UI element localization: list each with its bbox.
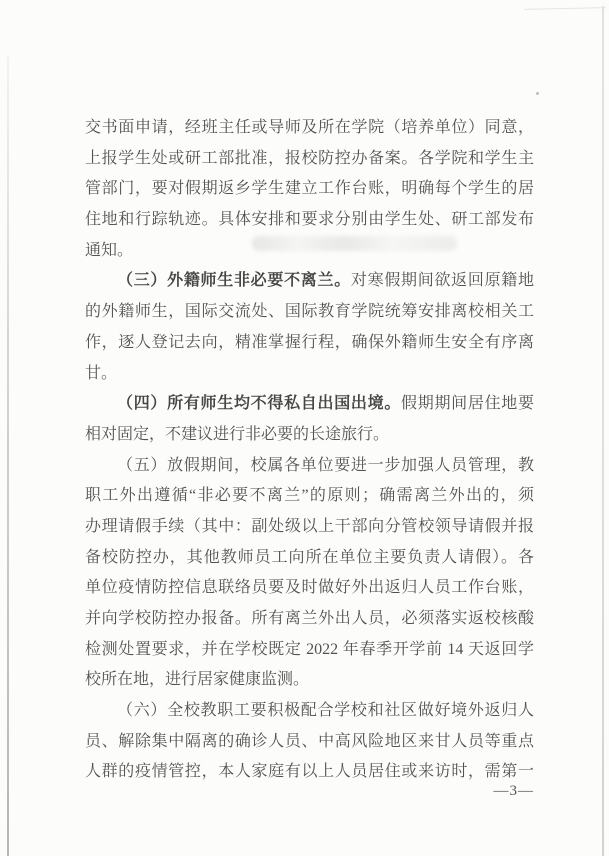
text-line: 交书面申请，经班主任或导师及所在学院（培养单位）同意， <box>85 113 534 144</box>
body-text-segment: 住地和行踪轨迹。具体安排和要求分别由学生处、研工部发布 <box>85 211 534 228</box>
text-line: 作，逐人登记去向，精准掌握行程，确保外籍师生安全有序离 <box>85 328 534 359</box>
body-text-segment: 校所在地，进行居家健康监测。 <box>85 671 309 688</box>
body-text-segment: （五）放假期间，校属各单位要进一步加强人员管理，教 <box>117 457 534 474</box>
text-line: 单位疫情防控信息联络员要及时做好外出返归人员工作台账， <box>85 573 534 604</box>
body-text-segment: 员、解除集中隔离的确诊人员、中高风险地区来甘人员等重点 <box>85 733 534 750</box>
paper-edge-right <box>602 6 604 856</box>
body-text-segment: 假期期间居住地要 <box>401 395 534 412</box>
body-text-segment: 相对固定，不建议进行非必要的长途旅行。 <box>85 426 389 443</box>
text-line: 甘。 <box>85 359 534 390</box>
body-text-segment: （六）全校教职工要积极配合学校和社区做好境外返归人 <box>117 702 534 719</box>
text-line: 校所在地，进行居家健康监测。 <box>85 665 534 696</box>
body-text-segment: 甘。 <box>85 365 117 382</box>
text-line: （六）全校教职工要积极配合学校和社区做好境外返归人 <box>85 696 534 727</box>
body-text-segment: 管部门，要对假期返乡学生建立工作台账，明确每个学生的居 <box>85 180 534 197</box>
body-text-segment: 办理请假手续（其中：副处级以上干部向分管校领导请假并报 <box>85 518 534 535</box>
body-text: 交书面申请，经班主任或导师及所在学院（培养单位）同意，上报学生处或研工部批准，报… <box>85 113 534 788</box>
text-line: 办理请假手续（其中：副处级以上干部向分管校领导请假并报 <box>85 512 534 543</box>
text-line: 管部门，要对假期返乡学生建立工作台账，明确每个学生的居 <box>85 174 534 205</box>
text-line: 员、解除集中隔离的确诊人员、中高风险地区来甘人员等重点 <box>85 727 534 758</box>
text-line: 备校防控办，其他教师员工向所在单位主要负责人请假）。各 <box>85 543 534 574</box>
emphasis-text: （四）所有师生均不得私自出国出境。 <box>117 395 401 412</box>
body-text-segment: 交书面申请，经班主任或导师及所在学院（培养单位）同意， <box>85 119 534 136</box>
page-number: —3— <box>85 783 534 800</box>
body-text-segment: 上报学生处或研工部批准，报校防控办备案。各学院和学生主 <box>85 150 534 167</box>
body-text-segment: 备校防控办，其他教师员工向所在单位主要负责人请假）。各 <box>85 549 534 566</box>
body-text-segment: 作，逐人登记去向，精准掌握行程，确保外籍师生安全有序离 <box>85 334 534 351</box>
text-line: 并向学校防控办报备。所有离兰外出人员，必须落实返校核酸 <box>85 604 534 635</box>
body-text-segment: 单位疫情防控信息联络员要及时做好外出返归人员工作台账， <box>85 579 534 596</box>
text-line: （三）外籍师生非必要不离兰。对寒假期间欲返回原籍地 <box>85 266 534 297</box>
text-line: 住地和行踪轨迹。具体安排和要求分别由学生处、研工部发布 <box>85 205 534 236</box>
scanned-document: { "page": { "paper_color": "#fcfcfb", "t… <box>0 0 609 856</box>
text-line: 检测处置要求，并在学校既定 2022 年春季开学前 14 天返回学 <box>85 635 534 666</box>
paper-edge-top <box>524 7 606 10</box>
text-line: 相对固定，不建议进行非必要的长途旅行。 <box>85 420 534 451</box>
body-text-segment: 人群的疫情管控，本人家庭有以上人员居住或来访时，需第一 <box>85 763 534 780</box>
text-line: （五）放假期间，校属各单位要进一步加强人员管理，教 <box>85 451 534 482</box>
scan-speck <box>536 92 539 95</box>
text-line: 上报学生处或研工部批准，报校防控办备案。各学院和学生主 <box>85 144 534 175</box>
body-text-segment: 的外籍师生，国际交流处、国际教育学院统筹安排离校相关工 <box>85 303 534 320</box>
text-line: （四）所有师生均不得私自出国出境。假期期间居住地要 <box>85 389 534 420</box>
emphasis-text: （三）外籍师生非必要不离兰。 <box>117 272 351 289</box>
paper-edge-left <box>7 55 9 856</box>
body-text-segment: 检测处置要求，并在学校既定 2022 年春季开学前 14 天返回学 <box>85 641 534 658</box>
text-line: 通知。 <box>85 236 534 267</box>
body-text-segment: 并向学校防控办报备。所有离兰外出人员，必须落实返校核酸 <box>85 610 534 627</box>
body-text-segment: 职工外出遵循“非必要不离兰”的原则；确需离兰外出的，须 <box>85 487 534 504</box>
text-line: 职工外出遵循“非必要不离兰”的原则；确需离兰外出的，须 <box>85 481 534 512</box>
body-text-segment: 对寒假期间欲返回原籍地 <box>351 272 534 289</box>
text-line: 的外籍师生，国际交流处、国际教育学院统筹安排离校相关工 <box>85 297 534 328</box>
body-text-segment: 通知。 <box>85 242 133 259</box>
